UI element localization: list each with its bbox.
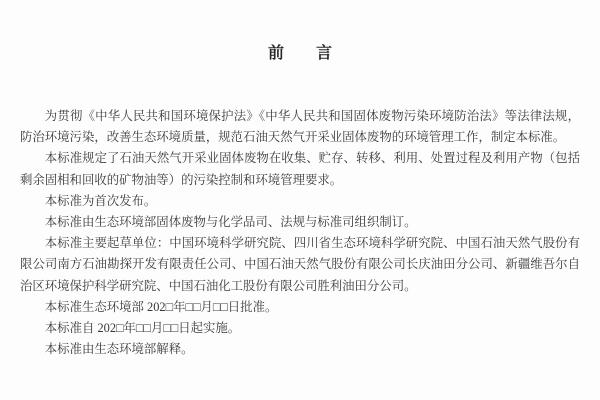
document-page: 前 言 为贯彻《中华人民共和国环境保护法》《中华人民共和国固体废物污染环境防治法… [0,0,600,400]
page-title: 前 言 [0,0,600,64]
paragraph-interpretation: 本标准由生态环境部解释。 [20,339,580,360]
paragraph-scope: 本标准规定了石油天然气开采业固体废物在收集、贮存、转移、利用、处置过程及利用产物… [20,148,580,190]
paragraph-approval-date: 本标准生态环境部 202□年□□月□□日批准。 [20,297,580,318]
paragraph-implementation-date: 本标准自 202□年□□月□□日起实施。 [20,318,580,339]
paragraph-drafting-units: 本标准主要起草单位：中国环境科学研究院、四川省生态环境科学研究院、中国石油天然气… [20,233,580,297]
paragraph-first-issue: 本标准为首次发布。 [20,191,580,212]
foreword-body: 为贯彻《中华人民共和国环境保护法》《中华人民共和国固体废物污染环境防治法》等法律… [0,106,600,360]
paragraph-organizing-departments: 本标准由生态环境部固体废物与化学品司、法规与标准司组织制订。 [20,212,580,233]
paragraph-purpose: 为贯彻《中华人民共和国环境保护法》《中华人民共和国固体废物污染环境防治法》等法律… [20,106,580,148]
